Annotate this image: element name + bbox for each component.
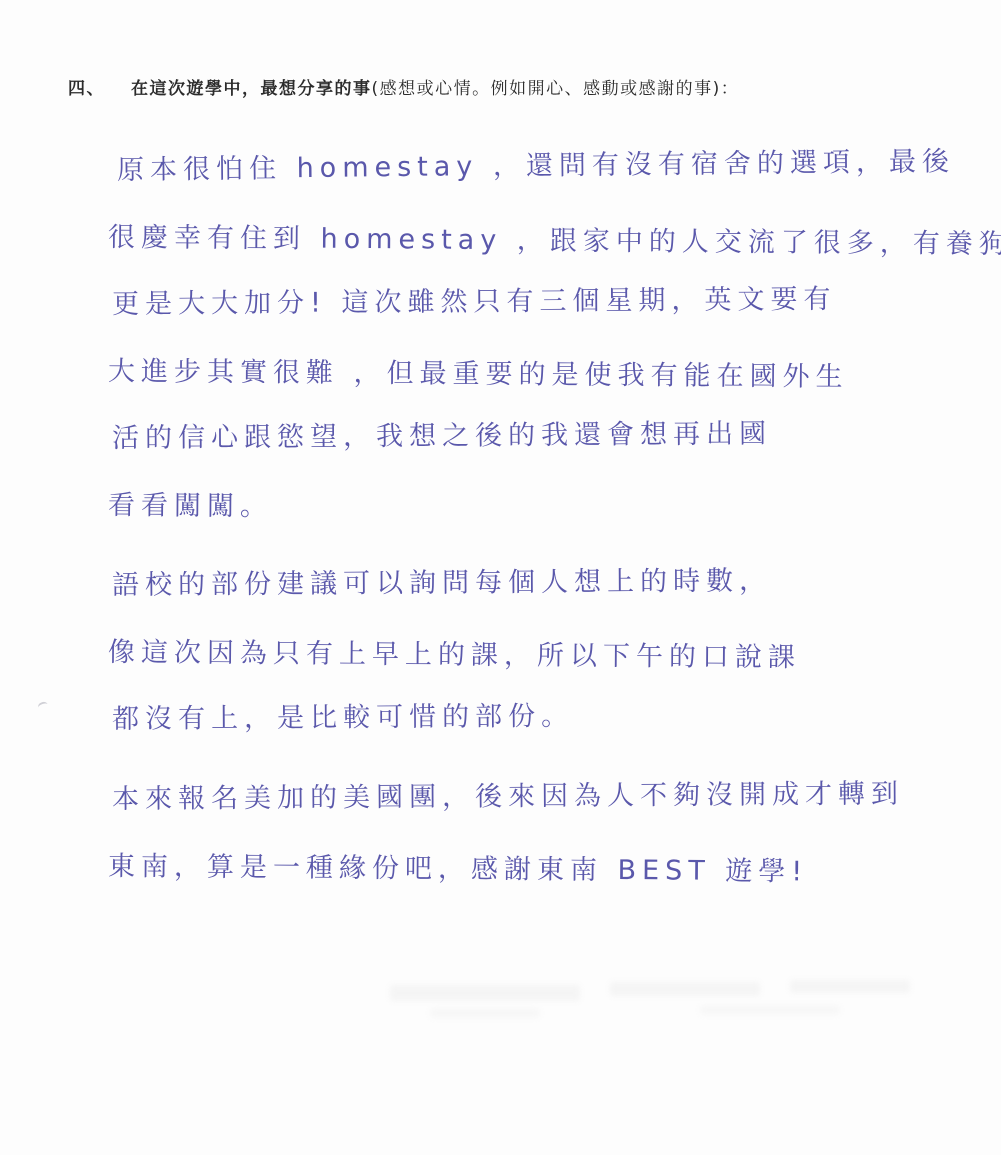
- handwritten-paragraph: 本來報名美加的美國團，後來因為人不夠沒開成才轉到 東南，算是一種緣份吧，感謝東南…: [112, 763, 1001, 897]
- handwritten-paragraph: 語校的部份建議可以詢問每個人想上的時數， 像這次因為只有上早上的課，所以下午的口…: [112, 549, 1001, 750]
- question-text: 在這次遊學中，最想分享的事: [131, 74, 372, 99]
- bleed-through-mark: [610, 982, 760, 996]
- handwritten-line: 東南，算是一種緣份吧，感謝東南 BEST 遊學!: [108, 830, 1001, 904]
- scanned-questionnaire-page: 四、 在這次遊學中，最想分享的事 (感想或心情。例如開心、感動或感謝的事)： 原…: [0, 0, 1001, 1155]
- bleed-through-mark: [790, 980, 910, 993]
- bleed-through-mark: [430, 1008, 540, 1018]
- stray-pen-mark: [37, 701, 49, 712]
- handwritten-line: 更是大大加分! 這次雖然只有三個星期，英文要有: [112, 262, 1001, 335]
- handwritten-line: 本來報名美加的美國團，後來因為人不夠沒開成才轉到: [112, 757, 1001, 830]
- handwritten-line: 語校的部份建議可以詢問每個人想上的時數，: [112, 543, 1001, 616]
- question-hint: (感想或心情。例如開心、感動或感謝的事)：: [372, 74, 740, 99]
- handwritten-paragraph: 原本很怕住 homestay ，還問有沒有宿舍的選項，最後 很慶幸有住到 hom…: [112, 134, 1001, 536]
- handwritten-line: 原本很怕住 homestay ，還問有沒有宿舍的選項，最後: [117, 124, 1001, 200]
- handwritten-answer: 原本很怕住 homestay ，還問有沒有宿舍的選項，最後 很慶幸有住到 hom…: [112, 134, 1001, 910]
- bleed-through-mark: [700, 1005, 840, 1015]
- handwritten-line: 看看闖闖。: [108, 469, 1001, 543]
- bleed-through-mark: [390, 985, 580, 1001]
- handwritten-line: 都沒有上，是比較可惜的部份。: [112, 677, 1001, 750]
- question-number: 四、: [68, 74, 105, 99]
- handwritten-line: 活的信心跟慾望，我想之後的我還會想再出國: [112, 396, 1001, 469]
- printed-question: 四、 在這次遊學中，最想分享的事 (感想或心情。例如開心、感動或感謝的事)：: [68, 74, 739, 99]
